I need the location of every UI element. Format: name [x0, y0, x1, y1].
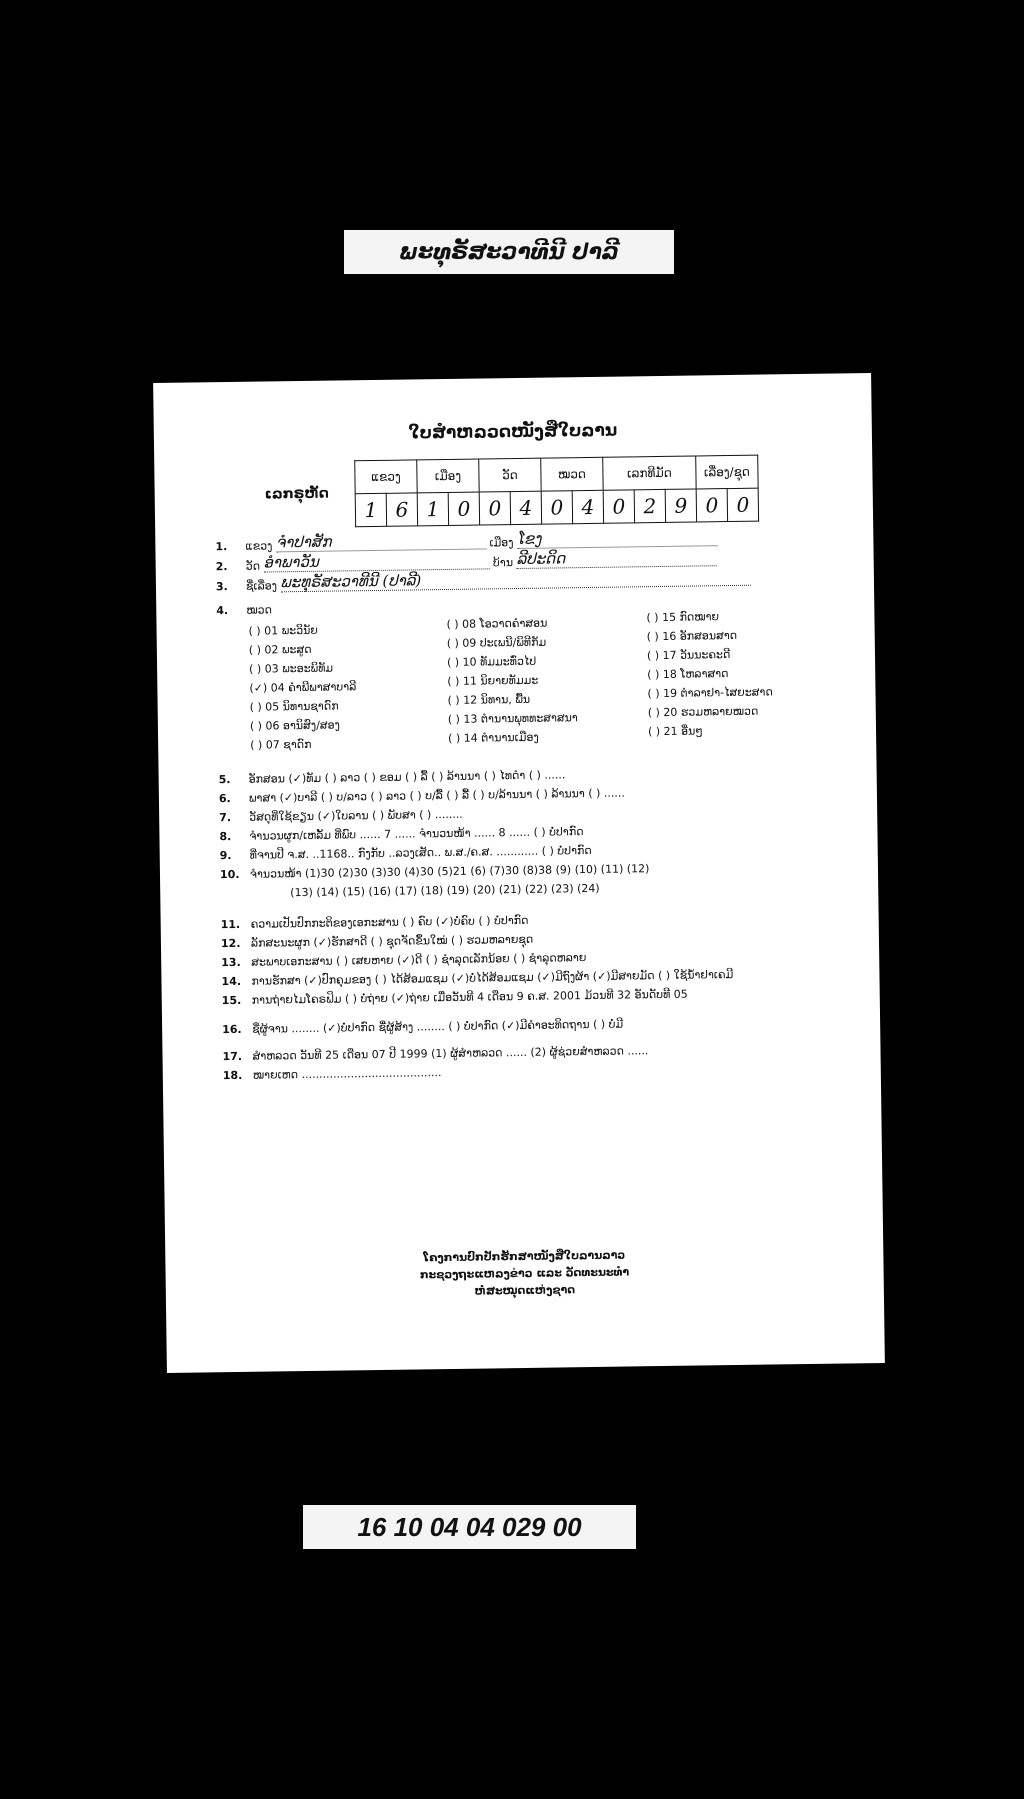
category-option[interactable]: ( ) 15 ກົດໝາຍ: [646, 606, 772, 627]
field-label: ຊື່ເລື່ອງ: [246, 579, 277, 592]
code-label-strip: 16 10 04 04 029 00: [303, 1505, 636, 1549]
category-option[interactable]: ( ) 07 ຊາດົກ: [250, 734, 357, 754]
category-option[interactable]: (✓) 04 ຄຳພີພາສາບາລີ: [249, 677, 356, 697]
field-value: ຈຳປາສັກ: [276, 530, 486, 552]
category-option[interactable]: ( ) 20 ຮວມຫລາຍໝວດ: [648, 701, 774, 722]
category-option[interactable]: ( ) 05 ນິທານຊາດົກ: [250, 696, 357, 716]
code-digit: 6: [386, 493, 417, 526]
category-option[interactable]: ( ) 06 ອານິສົງ/ສອງ: [250, 715, 357, 735]
category-col-2: ( ) 08 ໂອວາດຄຳສອນ ( ) 09 ປະເພນີ/ພິທີກັມ …: [446, 613, 578, 748]
code-header: ວັດ: [479, 458, 541, 492]
category-option[interactable]: ( ) 17 ວັນນະຄະດີ: [647, 644, 773, 665]
code-digit: 1: [417, 492, 448, 525]
category-option[interactable]: ( ) 11 ນິຍາຍທັມມະ: [447, 670, 577, 691]
category-option[interactable]: ( ) 03 ພະອະພິທັມ: [249, 658, 356, 678]
code-digit: 0: [479, 492, 510, 525]
field-label: ວັດ: [246, 560, 261, 573]
category-option[interactable]: ( ) 02 ພະສູດ: [249, 639, 356, 659]
code-digit: 0: [541, 491, 572, 524]
form-footer: ໂຄງການປົກປັກຮັກສາໜັງສືໃບລານລາວ ກະຊວງຖະແຫ…: [165, 1243, 884, 1304]
category-option[interactable]: ( ) 12 ນິທານ, ພື້ນ: [447, 689, 577, 710]
form-title: ໃບສຳຫລວດໜັງສືໃບລານ: [154, 417, 872, 447]
code-digit: 2: [634, 489, 665, 522]
code-label: ເລກຣຸຫັດ: [265, 486, 329, 503]
field-label: ບ້ານ: [493, 556, 513, 569]
code-digit: 0: [696, 489, 727, 522]
category-option[interactable]: ( ) 08 ໂອວາດຄຳສອນ: [446, 613, 576, 634]
category-option[interactable]: ( ) 13 ຕຳນານພຸທທະສາສນາ: [448, 708, 578, 729]
category-option[interactable]: ( ) 09 ປະເພນີ/ພິທີກັມ: [447, 632, 577, 653]
category-option[interactable]: ( ) 16 ອັກສອນສາດ: [647, 625, 773, 646]
field-value: ລີປະດິດ: [516, 547, 716, 569]
survey-form: ໃບສຳຫລວດໜັງສືໃບລານ ເລກຣຸຫັດ ແຂວງ ເມືອງ ວ…: [153, 373, 885, 1373]
category-option[interactable]: ( ) 21 ອື່ນໆ: [648, 720, 774, 741]
code-digit: 0: [448, 492, 479, 525]
category-option[interactable]: ( ) 14 ຕຳນານເມືອງ: [448, 727, 578, 748]
code-table: ແຂວງ ເມືອງ ວັດ ໝວດ ເລກທີມັດ ເລື່ອງ/ຊຸດ 1…: [354, 455, 759, 528]
category-option[interactable]: ( ) 18 ໂຫລາສາດ: [647, 663, 773, 684]
detail-rows: 5.ອັກສອນ (✓)ທັມ ( ) ລາວ ( ) ຂອມ ( ) ລື້ …: [219, 763, 735, 1085]
code-header: ເມືອງ: [417, 459, 479, 493]
code-digit: 1: [355, 493, 386, 526]
field-label: ແຂວງ: [245, 539, 272, 552]
code-digit: 0: [727, 488, 758, 521]
code-header: ເລກທີມັດ: [603, 456, 696, 490]
category-col-1: ( ) 01 ພະວິນັຍ ( ) 02 ພະສູດ ( ) 03 ພະອະພ…: [248, 620, 357, 754]
category-option[interactable]: ( ) 10 ທັມມະທົ່ວໄປ: [447, 651, 577, 672]
field-label: ເມືອງ: [489, 536, 513, 549]
category-col-3: ( ) 15 ກົດໝາຍ ( ) 16 ອັກສອນສາດ ( ) 17 ວັ…: [646, 606, 773, 741]
category-label: ໝວດ: [246, 603, 272, 616]
code-digit: 0: [603, 490, 634, 523]
code-digit: 4: [510, 491, 541, 524]
code-digit: 9: [665, 489, 696, 522]
category-heading: 4.ໝວດ: [216, 603, 272, 617]
code-header: ເລື່ອງ/ຊຸດ: [696, 455, 758, 489]
category-option[interactable]: ( ) 01 ພະວິນັຍ: [248, 620, 355, 640]
code-digit: 4: [572, 490, 603, 523]
category-option[interactable]: ( ) 19 ຕຳລາຢາ-ໄສຍະສາດ: [647, 682, 773, 703]
field-value: ອຳພາວັນ: [263, 550, 489, 572]
title-label: ພະທຸຣັສະວາທີນີ ປາລີ: [344, 230, 674, 274]
code-header: ແຂວງ: [355, 460, 417, 494]
code-header: ໝວດ: [541, 457, 603, 491]
field-value: ໂຂງ: [517, 527, 717, 549]
